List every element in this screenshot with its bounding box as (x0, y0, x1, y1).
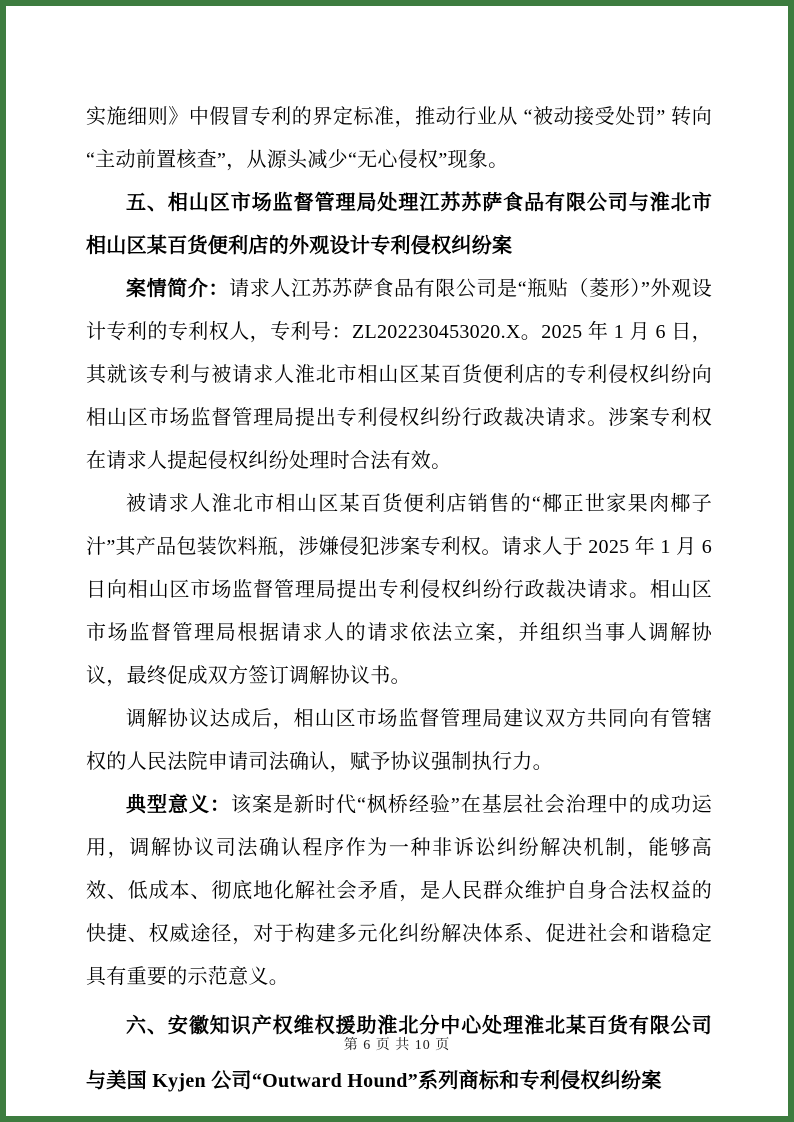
document-page: 实施细则》中假冒专利的界定标准，推动行业从 “被动接受处罚” 转向 “主动前置核… (0, 0, 794, 1122)
paragraph-case-brief: 案情简介：请求人江苏苏萨食品有限公司是“瓶贴（菱形）”外观设计专利的专利权人，专… (86, 268, 712, 483)
paragraph-typical-significance: 典型意义：该案是新时代“枫桥经验”在基层社会治理中的成功运用，调解协议司法确认程… (86, 784, 712, 999)
paragraph-continuation: 实施细则》中假冒专利的界定标准，推动行业从 “被动接受处罚” 转向 “主动前置核… (86, 96, 712, 182)
case-brief-label: 案情简介： (126, 278, 229, 300)
paragraph-respondent-details: 被请求人淮北市相山区某百货便利店销售的“椰正世家果肉椰子汁”其产品包装饮料瓶，涉… (86, 483, 712, 698)
page-footer: 第 6 页 共 10 页 (6, 1034, 788, 1054)
section-heading-case-5: 五、相山区市场监督管理局处理江苏苏萨食品有限公司与淮北市相山区某百货便利店的外观… (86, 182, 712, 268)
document-body: 实施细则》中假冒专利的界定标准，推动行业从 “被动接受处罚” 转向 “主动前置核… (86, 96, 712, 1109)
typical-significance-label: 典型意义： (126, 794, 231, 816)
case-brief-text: 请求人江苏苏萨食品有限公司是“瓶贴（菱形）”外观设计专利的专利权人，专利号：ZL… (86, 278, 712, 472)
typical-significance-text: 该案是新时代“枫桥经验”在基层社会治理中的成功运用，调解协议司法确认程序作为一种… (86, 794, 712, 988)
paragraph-mediation-result: 调解协议达成后，相山区市场监督管理局建议双方共同向有管辖权的人民法院申请司法确认… (86, 698, 712, 784)
section-heading-case-6: 六、安徽知识产权维权援助淮北分中心处理淮北某百货有限公司与美国 Kyjen 公司… (86, 999, 712, 1109)
